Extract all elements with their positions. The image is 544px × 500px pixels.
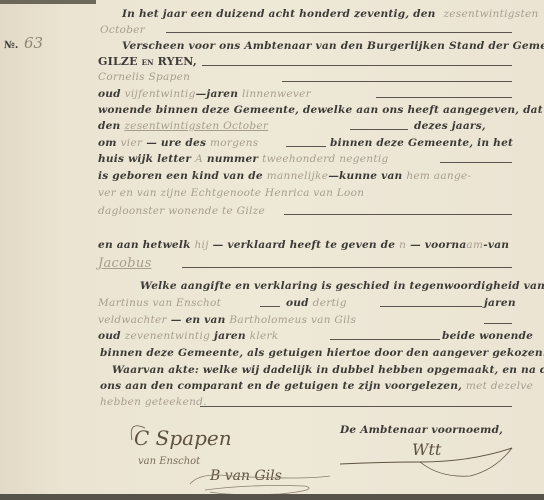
document-page: In het jaar een duizend acht honderd zev… — [0, 0, 544, 496]
scan-edge-bottom — [0, 494, 544, 500]
signature-flourishes — [0, 0, 544, 500]
